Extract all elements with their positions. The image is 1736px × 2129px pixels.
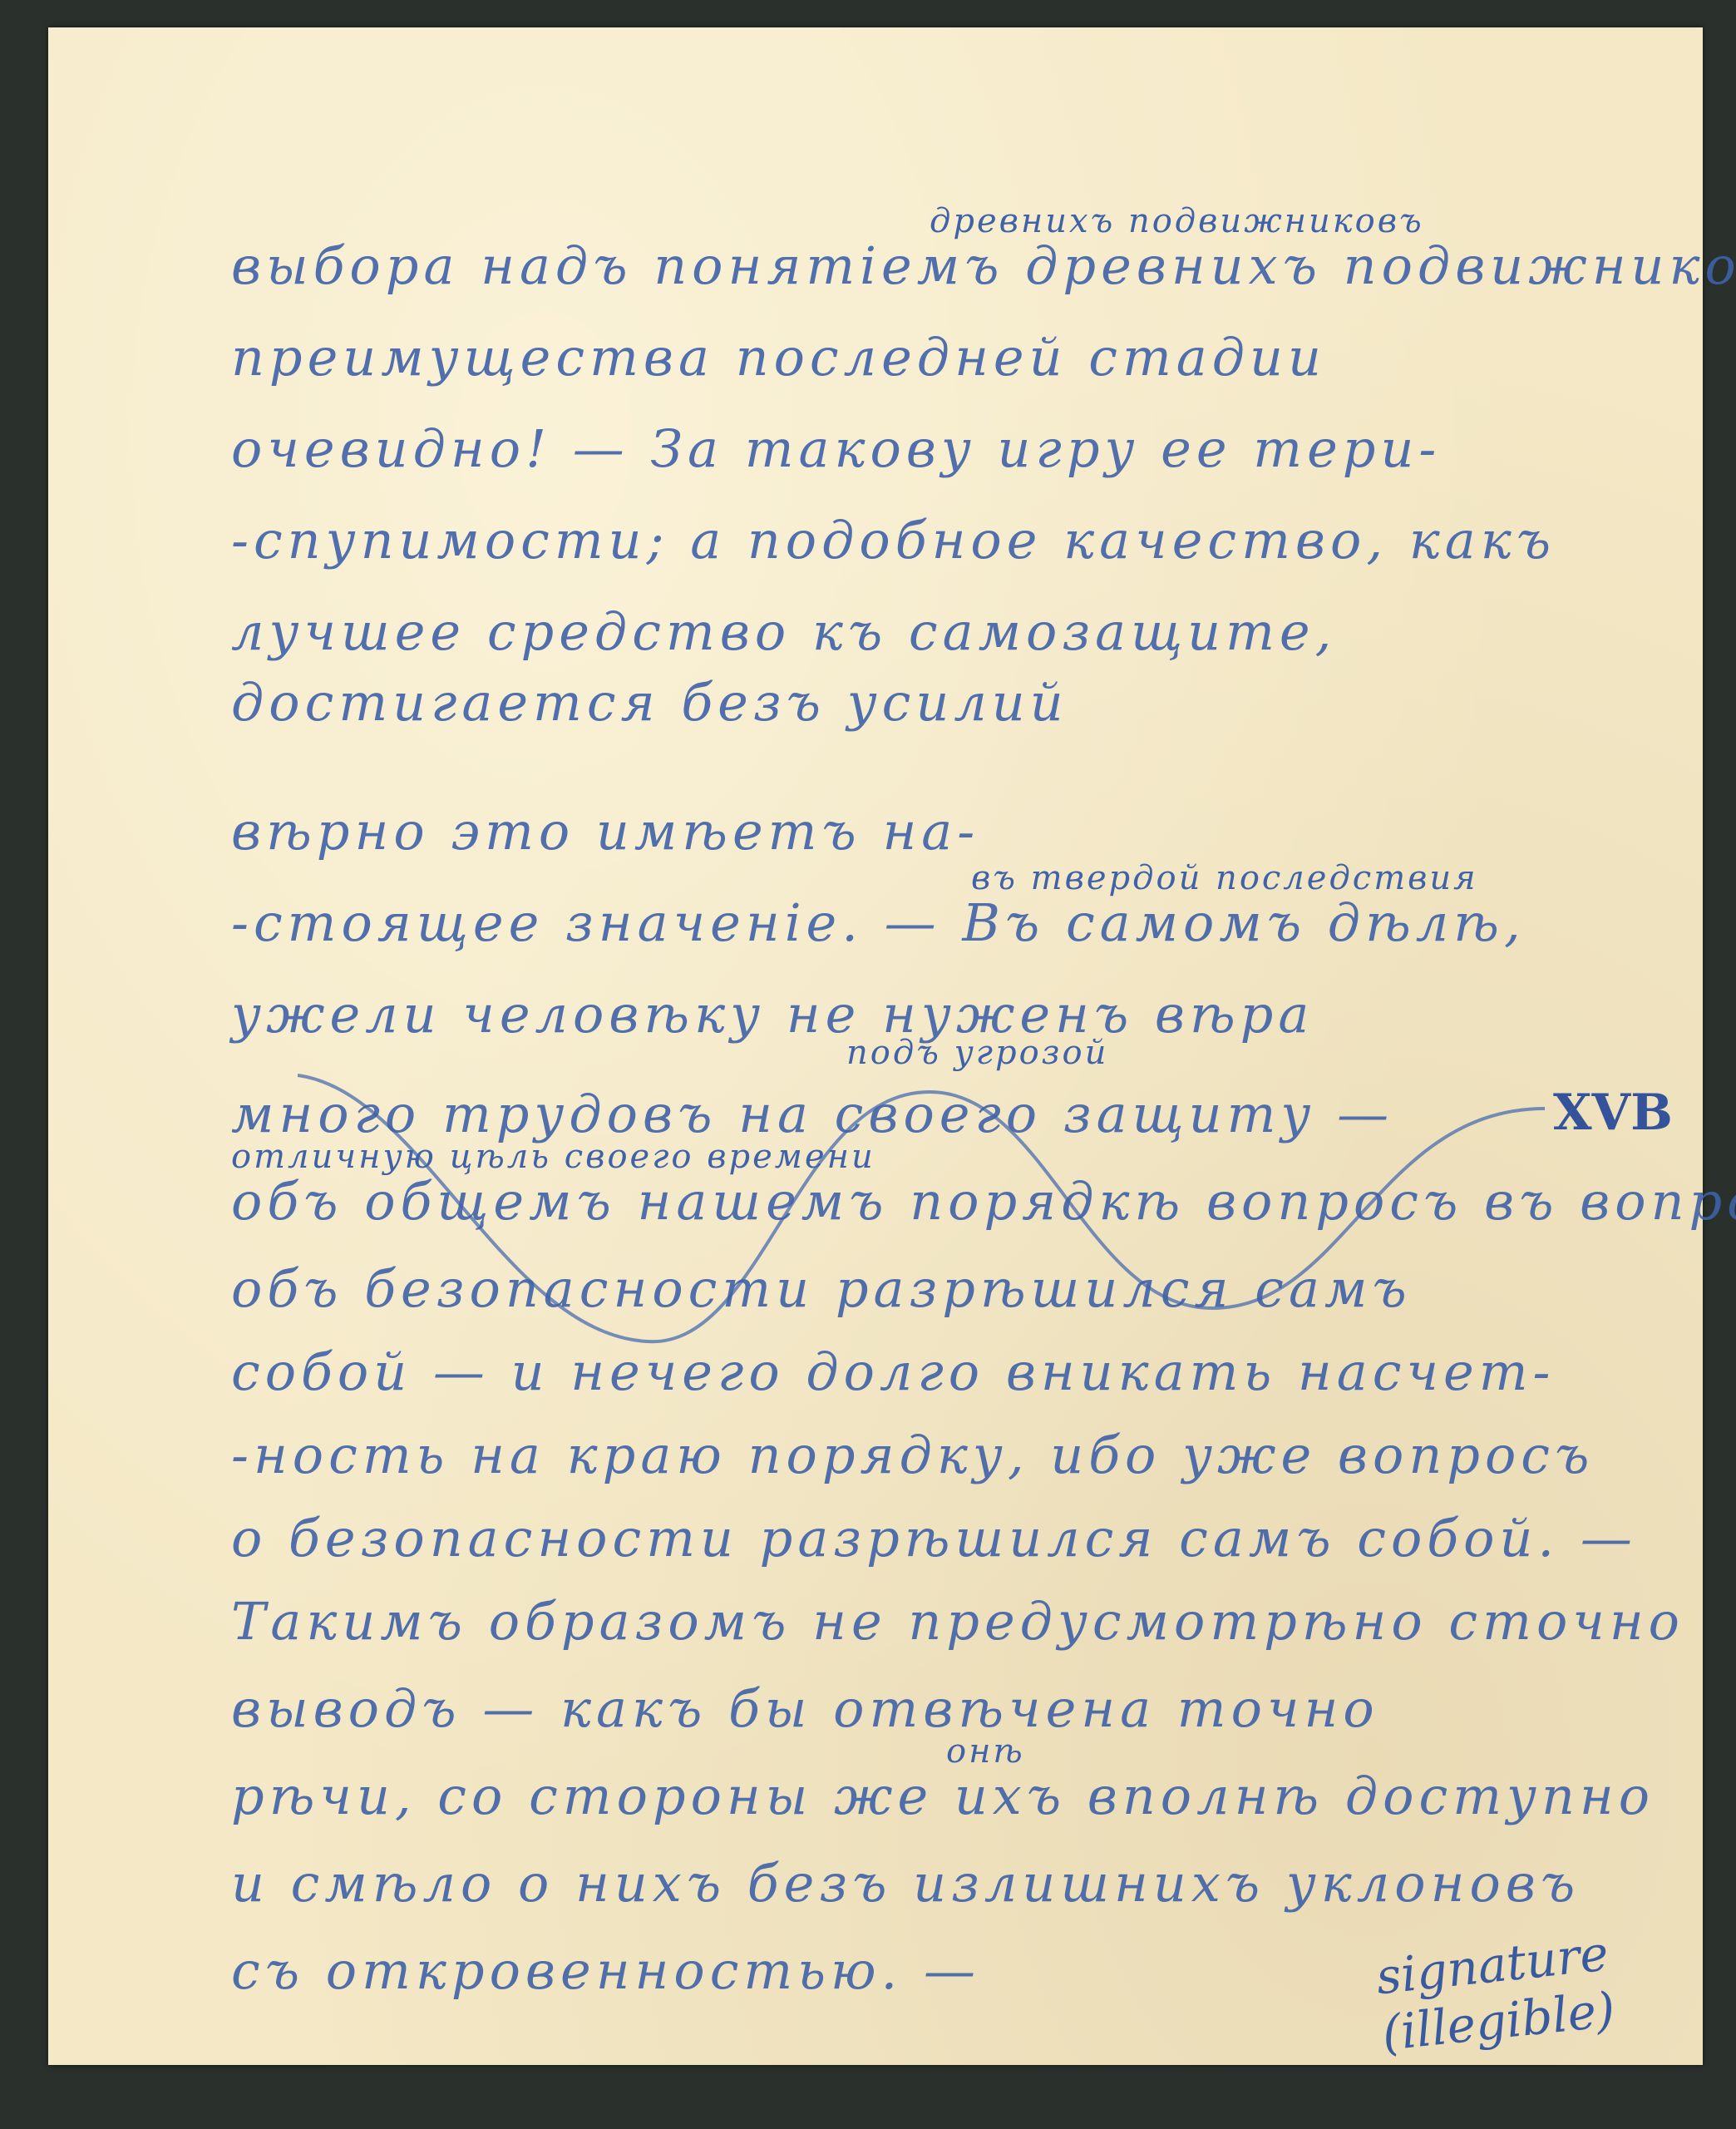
manuscript-page: древнихъ подвижниковъ выбора надъ понятi… (48, 27, 1703, 2065)
text-line-15: о безопасности разрѣшился самъ собой. — (231, 1508, 1645, 1568)
text-line-12: объ безопасности разрѣшился самъ (231, 1258, 1645, 1319)
text-line-13: собой — и нечего долго вникать насчет- (231, 1341, 1645, 1402)
text-line-3: очевидно! — За такову игру ее тери- (231, 418, 1645, 479)
text-line-6: достигается безъ усилий (231, 672, 1645, 733)
text-line-4: -спупимости; а подобное качество, какъ (231, 510, 1645, 571)
text-line-19: и смѣло о нихъ безъ излишнихъ уклоновъ (231, 1853, 1645, 1914)
text-line-17: выводъ — какъ бы отвѣчена точно (231, 1678, 1645, 1739)
text-line-7: вѣрно это имѣетъ на- (231, 801, 1645, 862)
text-line-18: рѣчи, со стороны же ихъ вполнѣ доступно (231, 1766, 1645, 1826)
text-line-16: Такимъ образомъ не предусмотрѣно сточно (231, 1591, 1645, 1652)
insertion-line-3: подъ угрозой (846, 1034, 1108, 1072)
text-line-10: много трудовъ на своего защиту — (231, 1084, 1645, 1144)
text-line-11: объ общемъ нашемъ порядкѣ вопросъ въ воп… (231, 1171, 1645, 1232)
text-line-1: выбора надъ понятiемъ древнихъ подвижник… (231, 235, 1645, 296)
text-line-2: преимущества последней стадии (231, 327, 1645, 388)
text-line-5: лучшее средство къ самозащите, (231, 601, 1645, 662)
text-line-14: -ность на краю порядку, ибо уже вопросъ (231, 1425, 1645, 1485)
text-line-8: -стоящее значенiе. — Въ самомъ дѣлѣ, (231, 892, 1645, 953)
signature: signature (illegible) (1374, 1915, 1708, 2062)
margin-numeral: XVB (1553, 1084, 1673, 1142)
